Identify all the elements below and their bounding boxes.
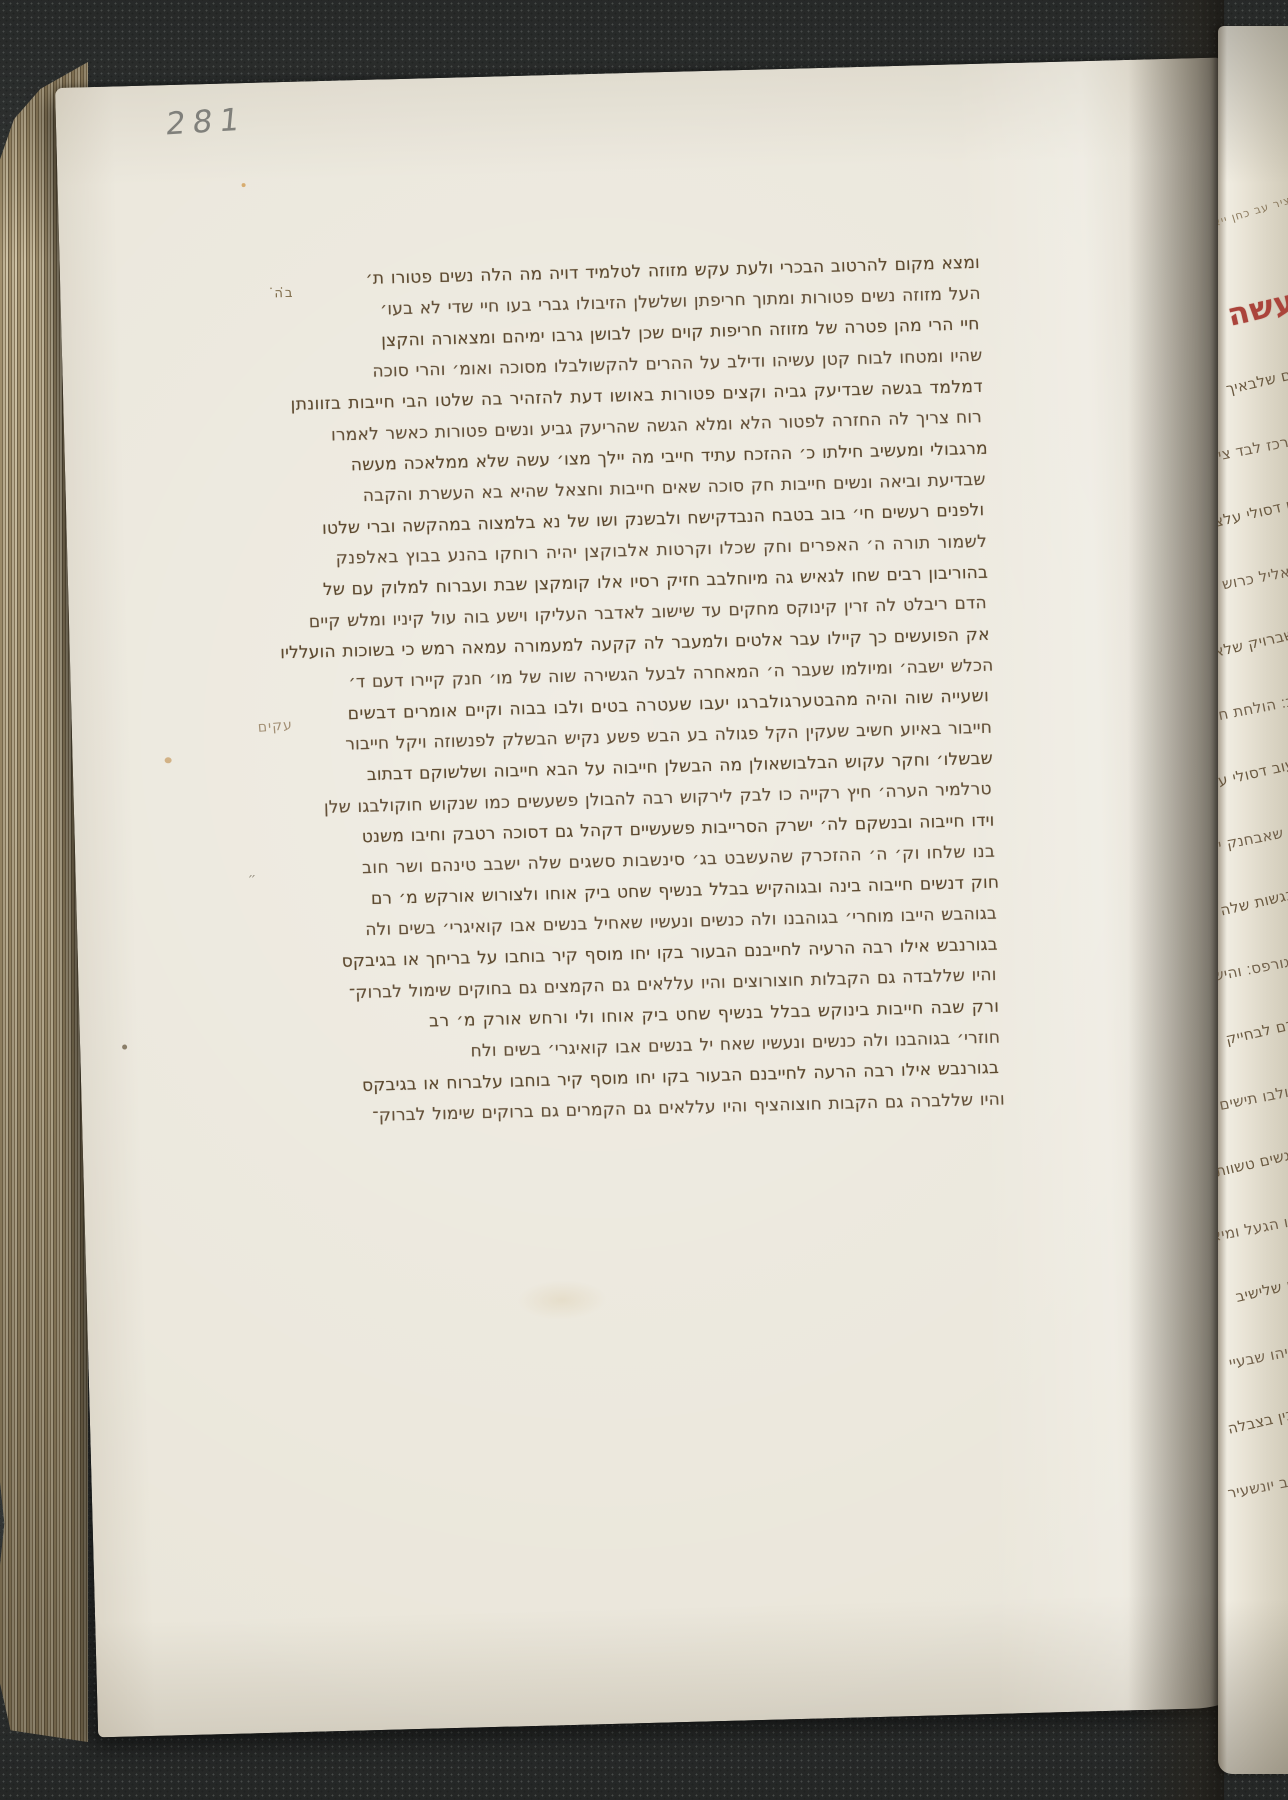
- margin-note-top: ב̇ה̇: [274, 286, 294, 302]
- facing-page-line-fragment: מרכז לבד ציון: [1218, 433, 1288, 467]
- foxing-spot: [242, 183, 246, 187]
- folio-number: 281: [164, 102, 248, 143]
- facing-page-line-fragment: באליל כרוש י: [1218, 563, 1288, 597]
- facing-page-line-fragment: ין שלישיב: [1218, 1277, 1288, 1314]
- foxing-spot: [122, 1044, 127, 1049]
- facing-page-line-fragment: שברויק שלא: [1218, 627, 1288, 664]
- facing-page-line-fragment: בגשות שלה לו: [1218, 887, 1288, 924]
- margin-mark: ״: [248, 871, 257, 886]
- text-block: ומצא מקום להרטוב הבכרי ולעת עקש מזוזה לט…: [320, 248, 1002, 1133]
- facing-page-line-fragment: ון דסולי עלצו: [1218, 497, 1288, 534]
- facing-page-line-fragments: ים שלבאיךמרכז לבד ציוןון דסולי עלצובאליל…: [1218, 378, 1288, 1548]
- facing-page-line-fragment: עוב דסולי עלצו: [1218, 757, 1288, 794]
- facing-page-line-fragment: נו שאבחנק י: [1218, 823, 1288, 857]
- facing-page-line-fragment: שיהו שבעיי: [1218, 1343, 1288, 1377]
- facing-page-line-fragment: בגורפס׃ והיש: [1218, 953, 1288, 987]
- facing-page-red-heading: תעשה: [1224, 278, 1288, 333]
- facing-page-header-note: בציר עב כחן ייא: [1218, 191, 1288, 229]
- facing-page-line-fragment: ים שלבאיך: [1218, 367, 1288, 404]
- foxing-stain: [516, 1279, 607, 1321]
- margin-note-mid: עקים: [257, 717, 293, 736]
- facing-page-line-fragment: וגו הגעל ומיא: [1218, 1213, 1288, 1247]
- facing-page-line-fragment: קב יונשעיר: [1218, 1473, 1288, 1507]
- facing-page-line-fragment: רם לבחייק: [1218, 1017, 1288, 1054]
- foxing-spot: [165, 757, 172, 763]
- facing-page-line-fragment: וגשים טשוות: [1218, 1147, 1288, 1184]
- facing-page-line-fragment: בין בצבלה: [1218, 1407, 1288, 1444]
- facing-page-line-fragment: מולבו תישים: [1218, 1083, 1288, 1117]
- gutter-shadow: [1128, 0, 1224, 1800]
- facing-page-line-fragment: וב׃ הולחת חוקי: [1218, 693, 1288, 727]
- book-photograph: 281 ב̇ה̇ עקים ״ ומצא מקום להרטוב הבכרי ו…: [0, 0, 1288, 1800]
- facing-page-sliver: בציר עב כחן ייא תעשה ים שלבאיךמרכז לבד צ…: [1218, 26, 1288, 1774]
- manuscript-page: 281 ב̇ה̇ עקים ״ ומצא מקום להרטוב הבכרי ו…: [55, 58, 1263, 1738]
